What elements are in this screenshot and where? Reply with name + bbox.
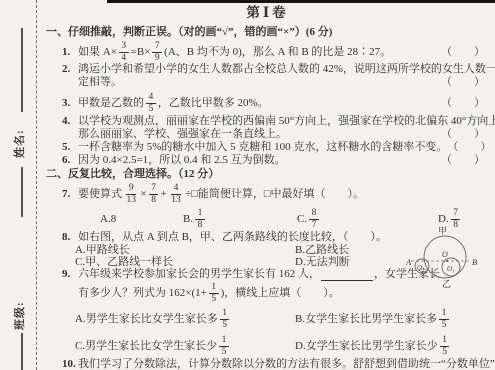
fill-in-blank xyxy=(321,269,373,281)
question-number: 6. xyxy=(62,154,78,167)
section2-heading: 二、反复比较，合理选择。（12 分） xyxy=(46,168,489,181)
question-2-cont: 定相等。 （ ） xyxy=(46,76,489,89)
question-3: 3. 甲数是乙数的 45 ，乙数比甲数多 20%。 （ ） xyxy=(46,91,489,115)
fraction: 913 xyxy=(124,183,139,205)
fraction-numerator: 4 xyxy=(171,183,181,195)
option-label: D. xyxy=(438,213,449,226)
fraction-denominator: 4 xyxy=(119,53,129,64)
label-center-o1: O₁ xyxy=(447,265,455,273)
fraction-numerator: 1 xyxy=(439,308,449,320)
center-dot xyxy=(446,260,448,262)
question-number: 10. xyxy=(62,358,78,370)
label-route-jia: 甲 xyxy=(438,226,447,236)
fraction-denominator: 5 xyxy=(440,347,450,358)
question-text: 一杯含糖率为 5%的糖水中加入 5 克糖和 100 克水，这杯糖水的含糖率不变。 xyxy=(78,141,447,154)
option-label: B.女学生家长比男学生家长多 xyxy=(295,313,437,326)
option-c: C.甲、乙路线一样长 xyxy=(75,256,295,269)
question-text: (A、B 均不为 0)，那么 A 和 B 的比是 28∶27。 xyxy=(164,46,391,59)
fraction-numerator: 8 xyxy=(309,208,319,220)
question-text: =B× xyxy=(131,46,151,59)
operator: × xyxy=(141,188,147,201)
question-7: 7. 要使算式 913 × 78 + 413 ÷□能简便计算，□中最好填（ ）。 xyxy=(46,181,489,207)
fraction-numerator: 4 xyxy=(146,92,156,104)
fraction-numerator: 7 xyxy=(149,183,159,195)
fraction: 15 xyxy=(219,335,229,357)
question-text: 六年级来学校参加家长会的男学生家长有 162 人， xyxy=(78,268,320,281)
fraction-denominator: 5 xyxy=(439,320,449,331)
question-5: 5. 一杯含糖率为 5%的糖水中加入 5 克糖和 100 克水，这杯糖水的含糖率… xyxy=(46,141,489,154)
name-write-line xyxy=(21,167,23,217)
question-text: 要使算式 xyxy=(78,188,122,201)
fraction-denominator: 5 xyxy=(219,347,229,358)
question-text: 以学校为观测点，丽丽家在学校的西偏南 50°方向上，强强家在学校的北偏东 40°… xyxy=(78,115,495,128)
fraction: 18 xyxy=(195,208,205,230)
option-a: A.甲路线长 xyxy=(75,244,295,257)
fraction: 78 xyxy=(149,183,159,205)
fraction: 45 xyxy=(146,92,156,114)
question-text: 那么丽丽家、学校、强强家在一条直线上。 xyxy=(78,128,287,141)
exam-page: 姓名: 班级: 第Ⅰ卷 一、仔细推敲，判断正误。（对的画“√”，错的画“×”）(… xyxy=(0,0,495,370)
question-number: 3. xyxy=(62,97,78,110)
fraction: 15 xyxy=(209,282,219,304)
fraction-denominator: 9 xyxy=(152,53,162,64)
question-number: 5. xyxy=(62,141,78,154)
question-text: ，乙数比甲数多 20%。 xyxy=(158,97,269,110)
question-text: 我们学习了分数除法，计算分数除以分数的方法有很多。舒舒想到借助统一“分数单位” xyxy=(78,358,495,370)
fraction: 413 xyxy=(169,183,184,205)
label-point-a: A xyxy=(406,257,412,267)
question-text: ÷□能简便计算，□中最好填（ ）。 xyxy=(185,188,364,201)
answer-paren: （ ） xyxy=(441,128,489,141)
class-write-line xyxy=(21,333,23,370)
option-b: B. 18 xyxy=(183,207,207,231)
question-number: 2. xyxy=(62,63,78,76)
question-4-cont: 那么丽丽家、学校、强强家在一条直线上。 （ ） xyxy=(46,128,489,141)
answer-paren: （ ） xyxy=(441,76,489,89)
fraction: 15 xyxy=(440,335,450,357)
answer-paren: （ ） xyxy=(447,141,495,154)
fraction-denominator: 8 xyxy=(149,195,159,206)
question-number: 8. xyxy=(62,231,78,244)
answer-paren: （ ） xyxy=(441,97,489,110)
question-number: 4. xyxy=(62,115,78,128)
fraction-numerator: 1 xyxy=(219,335,229,347)
fraction-denominator: 5 xyxy=(220,320,230,331)
question-text: 定相等。 xyxy=(78,76,122,89)
question-1: 1. 如果 A× 34 =B× 79 (A、B 均不为 0)，那么 A 和 B … xyxy=(46,41,489,63)
fraction-numerator: 1 xyxy=(195,208,205,220)
option-c: C.男学生家长比女学生家长少 15 xyxy=(75,335,295,357)
question-4: 4. 以学校为观测点，丽丽家在学校的西偏南 50°方向上，强强家在学校的北偏东 … xyxy=(46,115,489,128)
option-c: C. 87 xyxy=(297,207,321,231)
fraction-numerator: 7 xyxy=(451,208,461,220)
question-9-options-ab: A.男学生家长比女学生家长多 15 B.女学生家长比男学生家长多 15 xyxy=(46,307,489,331)
question-10: 10. 我们学习了分数除法，计算分数除以分数的方法有很多。舒舒想到借助统一“分数… xyxy=(46,358,489,370)
question-number: 9. xyxy=(62,268,78,281)
question-text: 因为 0.4×2.5=1，所以 0.4 和 2.5 互为倒数。 xyxy=(78,154,286,167)
question-number: 1. xyxy=(62,46,78,59)
fraction: 34 xyxy=(119,41,129,63)
question-text: 鸿运小学和希望小学的女生人数都占全校总人数的 42%，说明这两所学校的女生人数一 xyxy=(78,63,495,76)
option-a: A.男学生家长比女学生家长多 15 xyxy=(75,308,295,330)
name-write-line xyxy=(21,28,23,112)
question-6: 6. 因为 0.4×2.5=1，所以 0.4 和 2.5 互为倒数。 （ ） xyxy=(46,154,489,167)
fraction-numerator: 9 xyxy=(126,183,136,195)
option-label: D.女学生家长比男学生家长少 xyxy=(295,340,438,353)
option-d: D.女学生家长比男学生家长少 15 xyxy=(295,335,451,357)
label-route-yi: 乙 xyxy=(442,279,451,289)
answer-paren: （ ） xyxy=(441,154,489,167)
label-center-o2: O₂ xyxy=(417,264,425,272)
option-d: D.无法判断 xyxy=(295,256,350,269)
routes-diagram: 甲 A B O O₂ O₁ 乙 xyxy=(406,226,495,292)
answer-paren: （ ） xyxy=(441,46,489,59)
section1-heading: 一、仔细推敲，判断正误。（对的画“√”，错的画“×”）(6 分) xyxy=(46,26,489,39)
fraction-numerator: 3 xyxy=(119,41,129,53)
fraction: 15 xyxy=(439,308,449,330)
question-text: 甲数是乙数的 xyxy=(78,97,144,110)
option-label: B. xyxy=(183,213,193,226)
exam-content: 第Ⅰ卷 一、仔细推敲，判断正误。（对的画“√”，错的画“×”）(6 分) 1. … xyxy=(46,0,489,370)
option-b: B.乙路线长 xyxy=(295,244,349,257)
operator: + xyxy=(160,188,166,201)
name-label: 姓名: xyxy=(14,129,27,158)
option-a: A.8 xyxy=(100,207,116,231)
fraction-denominator: 5 xyxy=(209,294,219,305)
question-number: 7. xyxy=(62,188,78,201)
fraction-denominator: 13 xyxy=(124,195,139,206)
fraction: 79 xyxy=(152,41,162,63)
option-label: C.男学生家长比女学生家长少 xyxy=(75,340,217,353)
question-9-options-cd: C.男学生家长比女学生家长少 15 D.女学生家长比男学生家长少 15 xyxy=(46,334,489,358)
option-label: A.男学生家长比女学生家长多 xyxy=(75,313,218,326)
fraction-denominator: 8 xyxy=(195,220,205,231)
class-label: 班级: xyxy=(14,301,27,330)
page-title: 第Ⅰ卷 xyxy=(46,5,489,21)
fraction-denominator: 13 xyxy=(169,195,184,206)
fraction-numerator: 7 xyxy=(152,41,162,53)
question-2: 2. 鸿运小学和希望小学的女生人数都占全校总人数的 42%，说明这两所学校的女生… xyxy=(46,63,489,76)
seal-dashed-line xyxy=(36,0,37,370)
option-b: B.女学生家长比男学生家长多 15 xyxy=(295,308,451,330)
fraction-numerator: 1 xyxy=(220,308,230,320)
option-label: C. xyxy=(297,213,307,226)
label-center-o: O xyxy=(442,250,448,259)
fraction-numerator: 1 xyxy=(440,335,450,347)
fraction: 15 xyxy=(220,308,230,330)
label-point-b: B xyxy=(472,257,477,267)
question-text: 有多少人？列式为 162×(1+ xyxy=(78,287,207,300)
fraction-denominator: 5 xyxy=(146,104,156,115)
question-text: )，横线上应填（ ）。 xyxy=(221,287,340,300)
fraction: 87 xyxy=(309,208,319,230)
question-text: 如右图，从点 A 到点 B，甲、乙两条路线的长度比较，（ ）。 xyxy=(78,231,387,244)
question-text: 如果 A× xyxy=(78,46,117,59)
fraction-numerator: 1 xyxy=(209,282,219,294)
fraction-denominator: 7 xyxy=(309,220,319,231)
